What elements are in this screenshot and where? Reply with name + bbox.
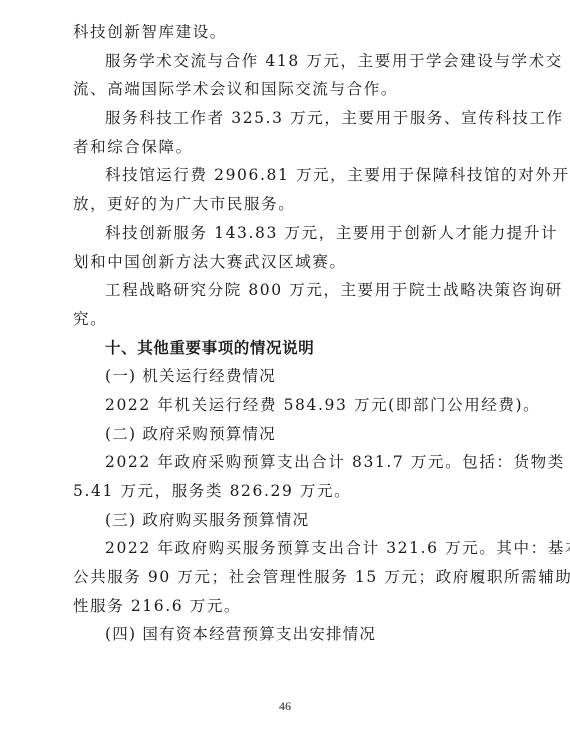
paragraph-line: 5.41 万元，服务类 826.29 万元。 (73, 477, 497, 506)
paragraph-line: 科技创新服务 143.83 万元，主要用于创新人才能力提升计 (73, 219, 497, 248)
subsection-title: (一) 机关运行经费情况 (73, 362, 497, 391)
paragraph-line: 流、高端国际学术会议和国际交流与合作。 (73, 75, 497, 104)
page-number: 46 (0, 699, 570, 714)
document-page: 科技创新智库建设。 服务学术交流与合作 418 万元，主要用于学会建设与学术交 … (73, 18, 497, 649)
paragraph-line: 服务学术交流与合作 418 万元，主要用于学会建设与学术交 (73, 47, 497, 76)
paragraph-line: 2022 年政府采购预算支出合计 831.7 万元。包括：货物类 (73, 448, 497, 477)
paragraph-line: 者和综合保障。 (73, 133, 497, 162)
paragraph-line: 科技馆运行费 2906.81 万元，主要用于保障科技馆的对外开 (73, 161, 497, 190)
subsection-title: (三) 政府购买服务预算情况 (73, 506, 497, 535)
paragraph-line: 2022 年机关运行经费 584.93 万元(即部门公用经费)。 (73, 391, 497, 420)
paragraph-line: 服务科技工作者 325.3 万元，主要用于服务、宣传科技工作 (73, 104, 497, 133)
paragraph-line: 性服务 216.6 万元。 (73, 592, 497, 621)
paragraph-line: 工程战略研究分院 800 万元，主要用于院士战略决策咨询研 (73, 276, 497, 305)
paragraph-line: 公共服务 90 万元；社会管理性服务 15 万元；政府履职所需辅助 (73, 563, 497, 592)
paragraph-line: 2022 年政府购买服务预算支出合计 321.6 万元。其中：基本 (73, 534, 497, 563)
paragraph-line: 科技创新智库建设。 (73, 18, 497, 47)
paragraph-line: 划和中国创新方法大赛武汉区域赛。 (73, 248, 497, 277)
subsection-title: (二) 政府采购预算情况 (73, 420, 497, 449)
section-heading: 十、其他重要事项的情况说明 (73, 334, 497, 363)
paragraph-line: 究。 (73, 305, 497, 334)
paragraph-line: 放，更好的为广大市民服务。 (73, 190, 497, 219)
subsection-title: (四) 国有资本经营预算支出安排情况 (73, 620, 497, 649)
